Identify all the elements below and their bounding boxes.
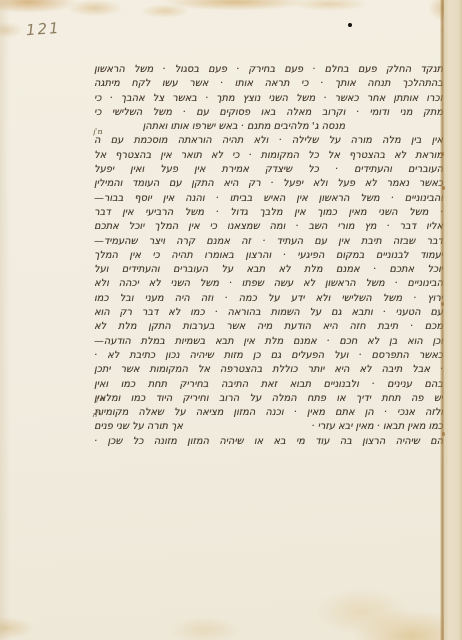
edge-speck	[441, 152, 444, 156]
text-line: יוכל אתכם · אמנם מלת לא תבא על העוברים ו…	[94, 263, 443, 277]
adjacent-leaf-edge	[444, 0, 462, 640]
text-line: זכרו אותתן אחר כאשר · משל השני נוצץ מתך …	[94, 92, 443, 106]
margin-note: מ'ן	[96, 394, 105, 403]
text-line: תנקד החלק פעם בחלם · פעם בחירק · פעם בסג…	[94, 63, 443, 77]
edge-speck	[442, 186, 445, 190]
manuscript-scan: 121 תנקד החלק פעם בחלם · פעם בחירק · פעם…	[0, 0, 462, 640]
text-line: בהם ענינים · ולבנוניים תבוא זאת התיבה בח…	[94, 378, 443, 392]
text-line: בהתהלכך תנחה אותך · כי תראה אותו · אשר ע…	[94, 77, 443, 91]
text-line: אליו דבר · מץ מורי השב · ומה שמצאנו כי א…	[94, 220, 443, 234]
text-line: כמו מאין תבאו · מאין יבא עזרי ·אך תורה ע…	[94, 420, 443, 434]
text-line: · אבל תיבה לא היא יותר כוללת בהצטרפה אל …	[94, 363, 443, 377]
text-line: יש פה תחת ידיך או פתח המלה על הרוב וחירי…	[94, 392, 443, 406]
text-line: העוברים והעתידים · כל שיצדק אמירת אין פע…	[94, 163, 443, 177]
margin-note: י'ה	[92, 410, 101, 419]
text-line: הם שיהיה הרצון בה עוד מי בא או שיהיה המז…	[94, 435, 443, 449]
folio-number: 121	[25, 19, 61, 39]
text-line: כאשר התפרסם · ועל הפעלים גם כן מזות שיהי…	[94, 349, 443, 363]
text-line: מנסה ג' מלהיבים מתנם · באש ישרפו אותו וא…	[94, 120, 443, 134]
edge-speck	[442, 432, 445, 436]
text-line: ולזה אנכי · הן אתם מאין · וכנה המזון מצי…	[94, 406, 443, 420]
text-line: יעמוד לבנוניים במקום הפיגעי · והרצון באו…	[94, 249, 443, 263]
text-line: · משל השני מאין כמוך אין מלבך גדול · משל…	[94, 206, 443, 220]
text-line: הבינוניים · משל הראשון לא עשה שפתו · משל…	[94, 277, 443, 291]
ink-dot	[348, 23, 352, 27]
text-line: מתק מני ודומי · וקרוב מאלה באו פסוקים עם…	[94, 106, 443, 120]
text-line: וכן הוא בן לא חכם · אמנם מלת אין תבא בשמ…	[94, 335, 443, 349]
margin-note: מ'ן	[93, 127, 102, 136]
text-line: עם הטעני · ותבא גם על השמות בהוראה · כמו…	[94, 306, 443, 320]
text-block: תנקד החלק פעם בחלם · פעם בחירק · פעם בסג…	[94, 63, 443, 449]
edge-speck	[441, 302, 444, 306]
text-line-segment: אך תורה על שני פנים	[94, 420, 183, 434]
text-line: מוראת לא בהצטרף אל כל המקומות · כי לא תו…	[94, 149, 443, 163]
text-line: ירוץ · משל השלישי ולא ידע על כמה · וזה ה…	[94, 292, 443, 306]
text-line: כאשר נאמר לא פעל ולא יפעל · רק היא התקן …	[94, 177, 443, 191]
text-line: אין בין מלה מורה על שלילה · ולא תהיה הור…	[94, 134, 443, 148]
text-line-segment: כמו מאין תבאו · מאין יבא עזרי ·	[311, 420, 443, 434]
text-line: דבר שבזה תיבת אין עם העתיד · זה אמנם קרה…	[94, 235, 443, 249]
text-line: מכם · תיבת חזה היא הודעת מיה אשר בערבות …	[94, 320, 443, 334]
text-line: והבינוניים · משל הראשון אין האיש בביתו ·…	[94, 192, 443, 206]
